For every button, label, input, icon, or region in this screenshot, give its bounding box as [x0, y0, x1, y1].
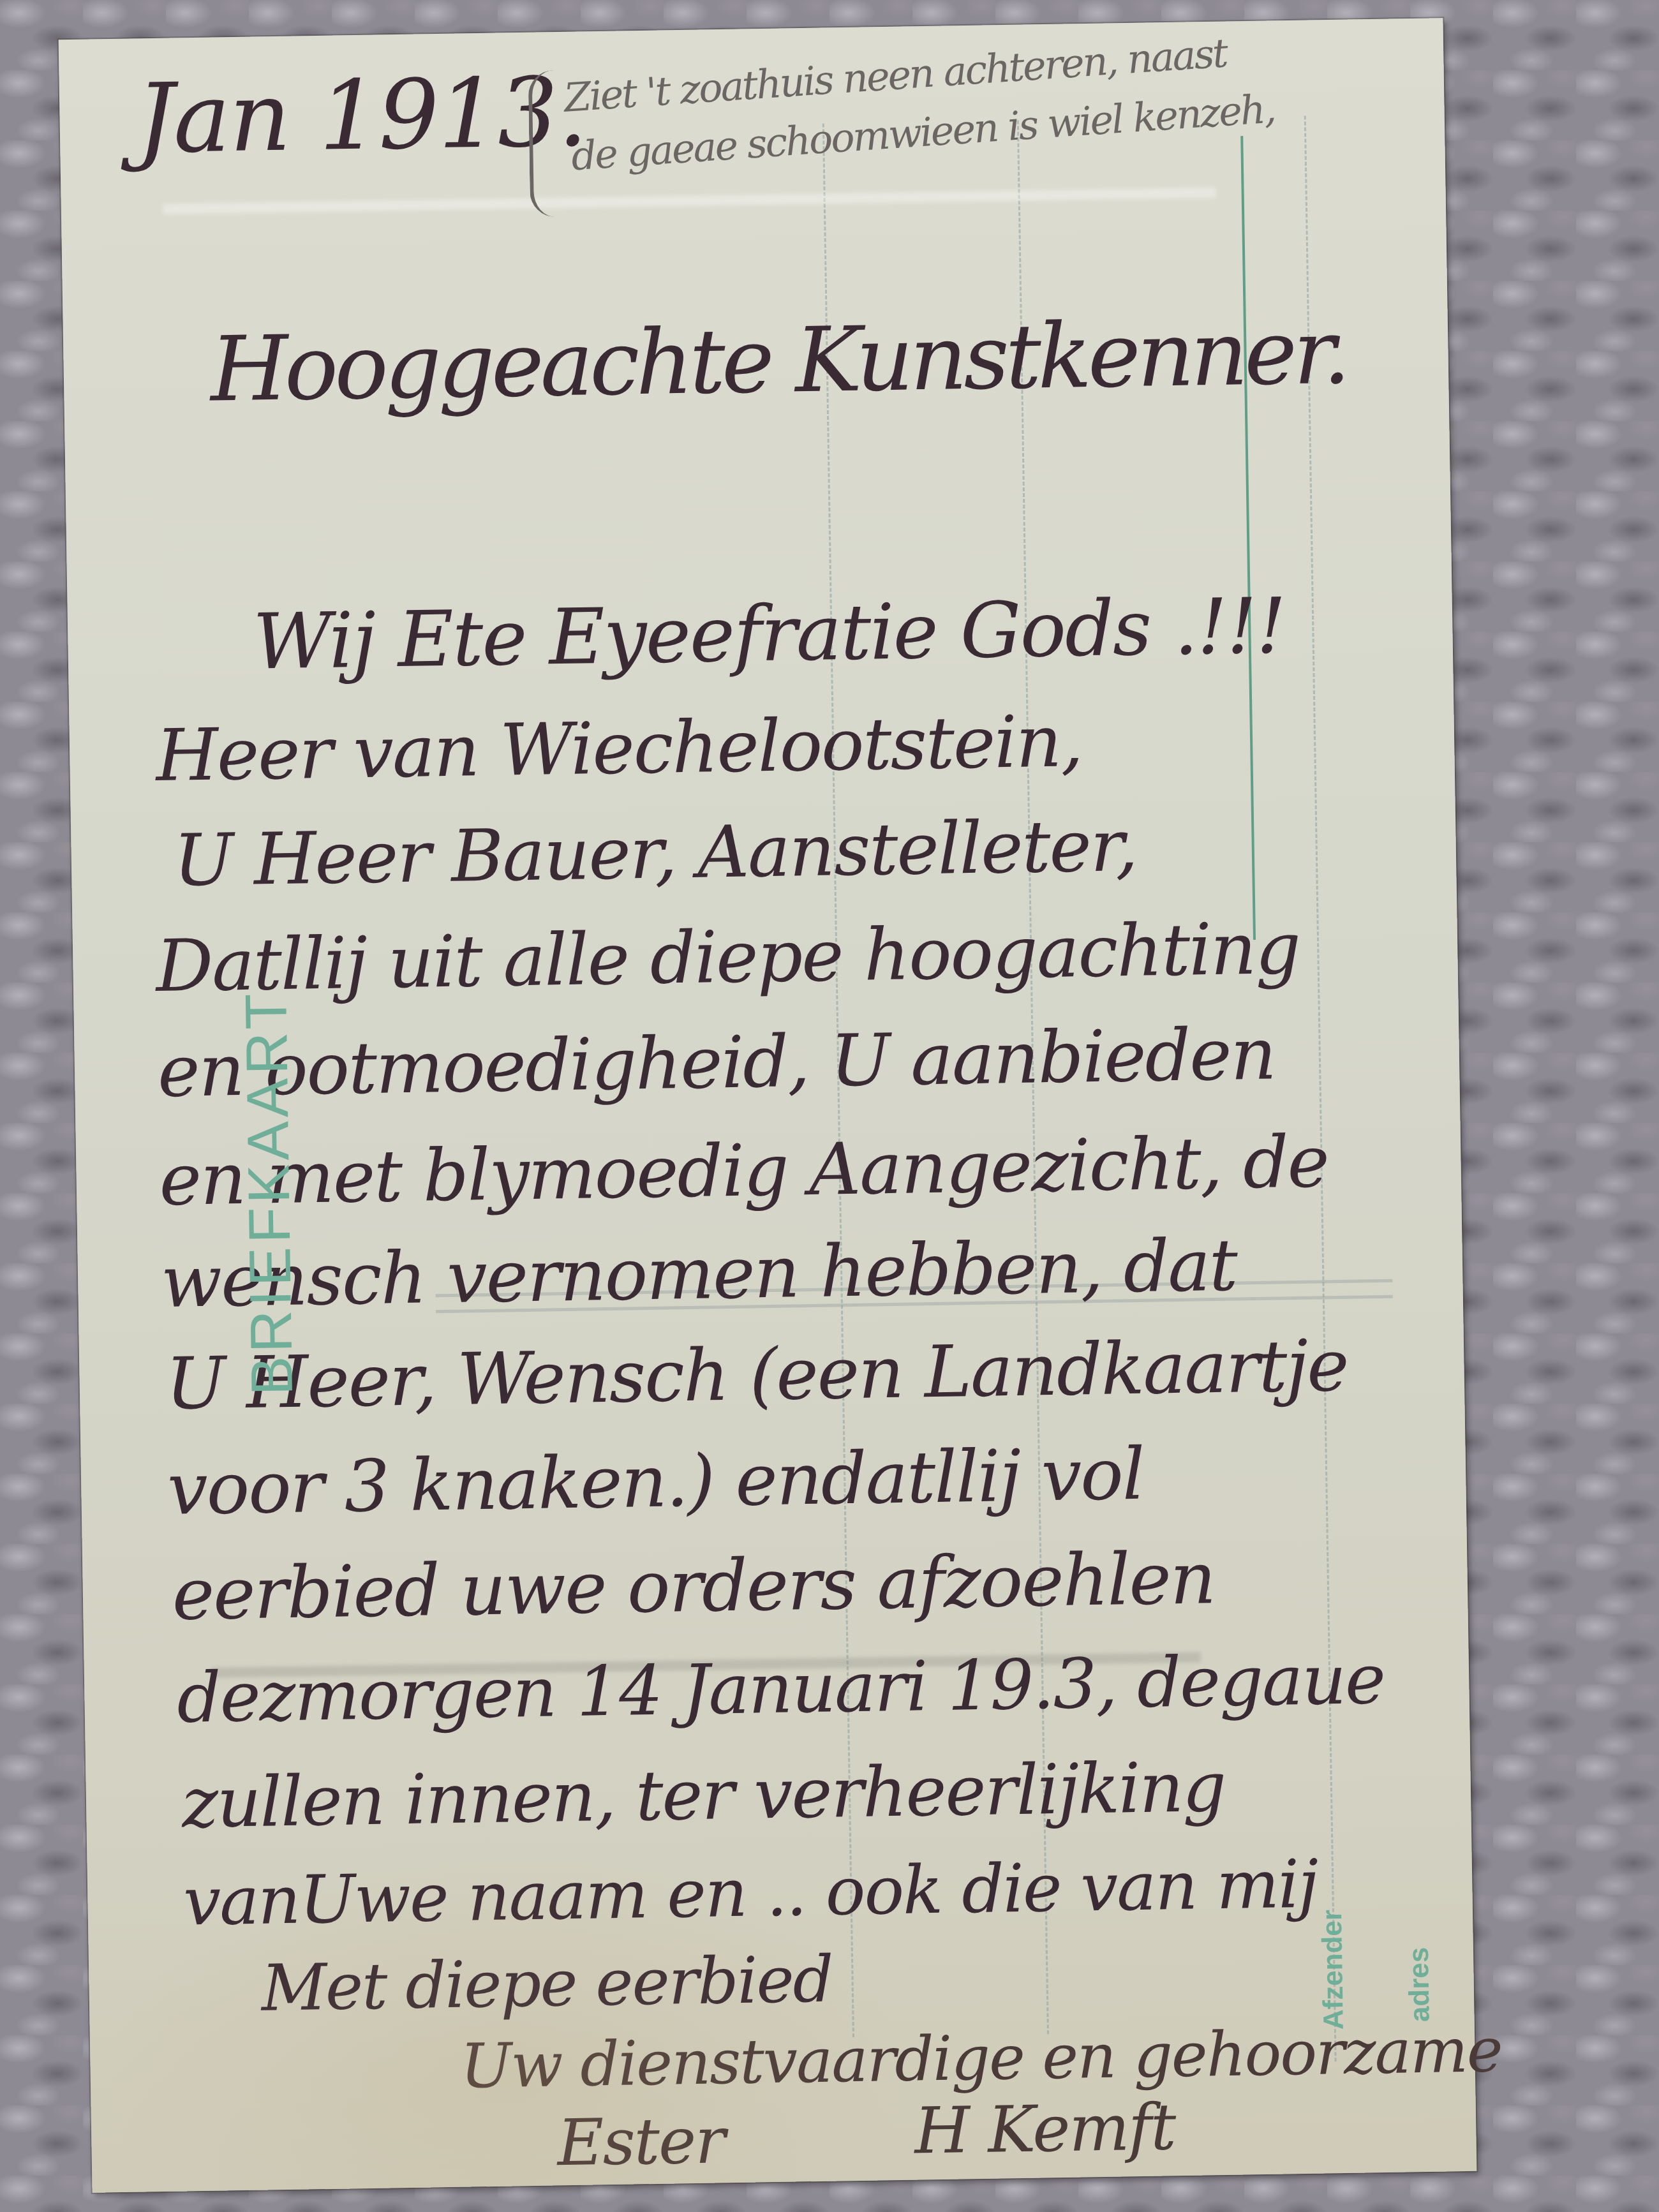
letter-line: en ootmoedigheid, U aanbieden	[157, 1013, 1276, 1113]
divider-line	[1240, 136, 1256, 940]
briefkaart-label: BRIEFKAART	[233, 989, 306, 1396]
letter-line: Heer van Wiechelootstein,	[155, 700, 1082, 798]
letter-line: wensch vernomen hebben, dat	[160, 1224, 1237, 1323]
letter-line: eerbied uwe orders afzoehlen	[172, 1537, 1216, 1637]
paper-crease	[163, 188, 1216, 214]
letter-line: Datllij uit alle diepe hoogachting	[155, 907, 1300, 1008]
letter-line: U Heer, Wensch (een Landkaartje	[165, 1325, 1349, 1426]
letter-line: zullen innen, ter verheerlijking	[181, 1748, 1226, 1844]
address-guide-line	[1304, 116, 1337, 2062]
letter-line: en met blymoedig Aangezicht, de	[159, 1120, 1329, 1222]
signature-left: Ester	[557, 2103, 725, 2180]
sender-label: Afzender	[1316, 1910, 1350, 2030]
letter-line: vanUwe naam en .. ook die van mij	[183, 1845, 1318, 1941]
letter-line: voor 3 knaken.) endatllij vol	[167, 1433, 1144, 1531]
note-bracket	[528, 70, 560, 218]
letter-line: dezmorgen 14 Januari 19.3, degaue	[177, 1640, 1385, 1739]
postcard: Jan 1913. Ziet 't zoathuis neen achteren…	[59, 18, 1477, 2193]
date: Jan 1913.	[135, 57, 587, 175]
letter-line: U Heer Bauer, Aanstelleter,	[173, 805, 1138, 903]
salutation: Hooggeachte Kunstkenner.	[210, 301, 1348, 422]
letter-line: Wij Ete Eyeefratie Gods .!!!	[252, 582, 1286, 687]
closing-line: Met diepe eerbied	[261, 1942, 833, 2026]
signature-right: H Kemft	[914, 2090, 1175, 2168]
address-label: adres	[1403, 1947, 1436, 2022]
